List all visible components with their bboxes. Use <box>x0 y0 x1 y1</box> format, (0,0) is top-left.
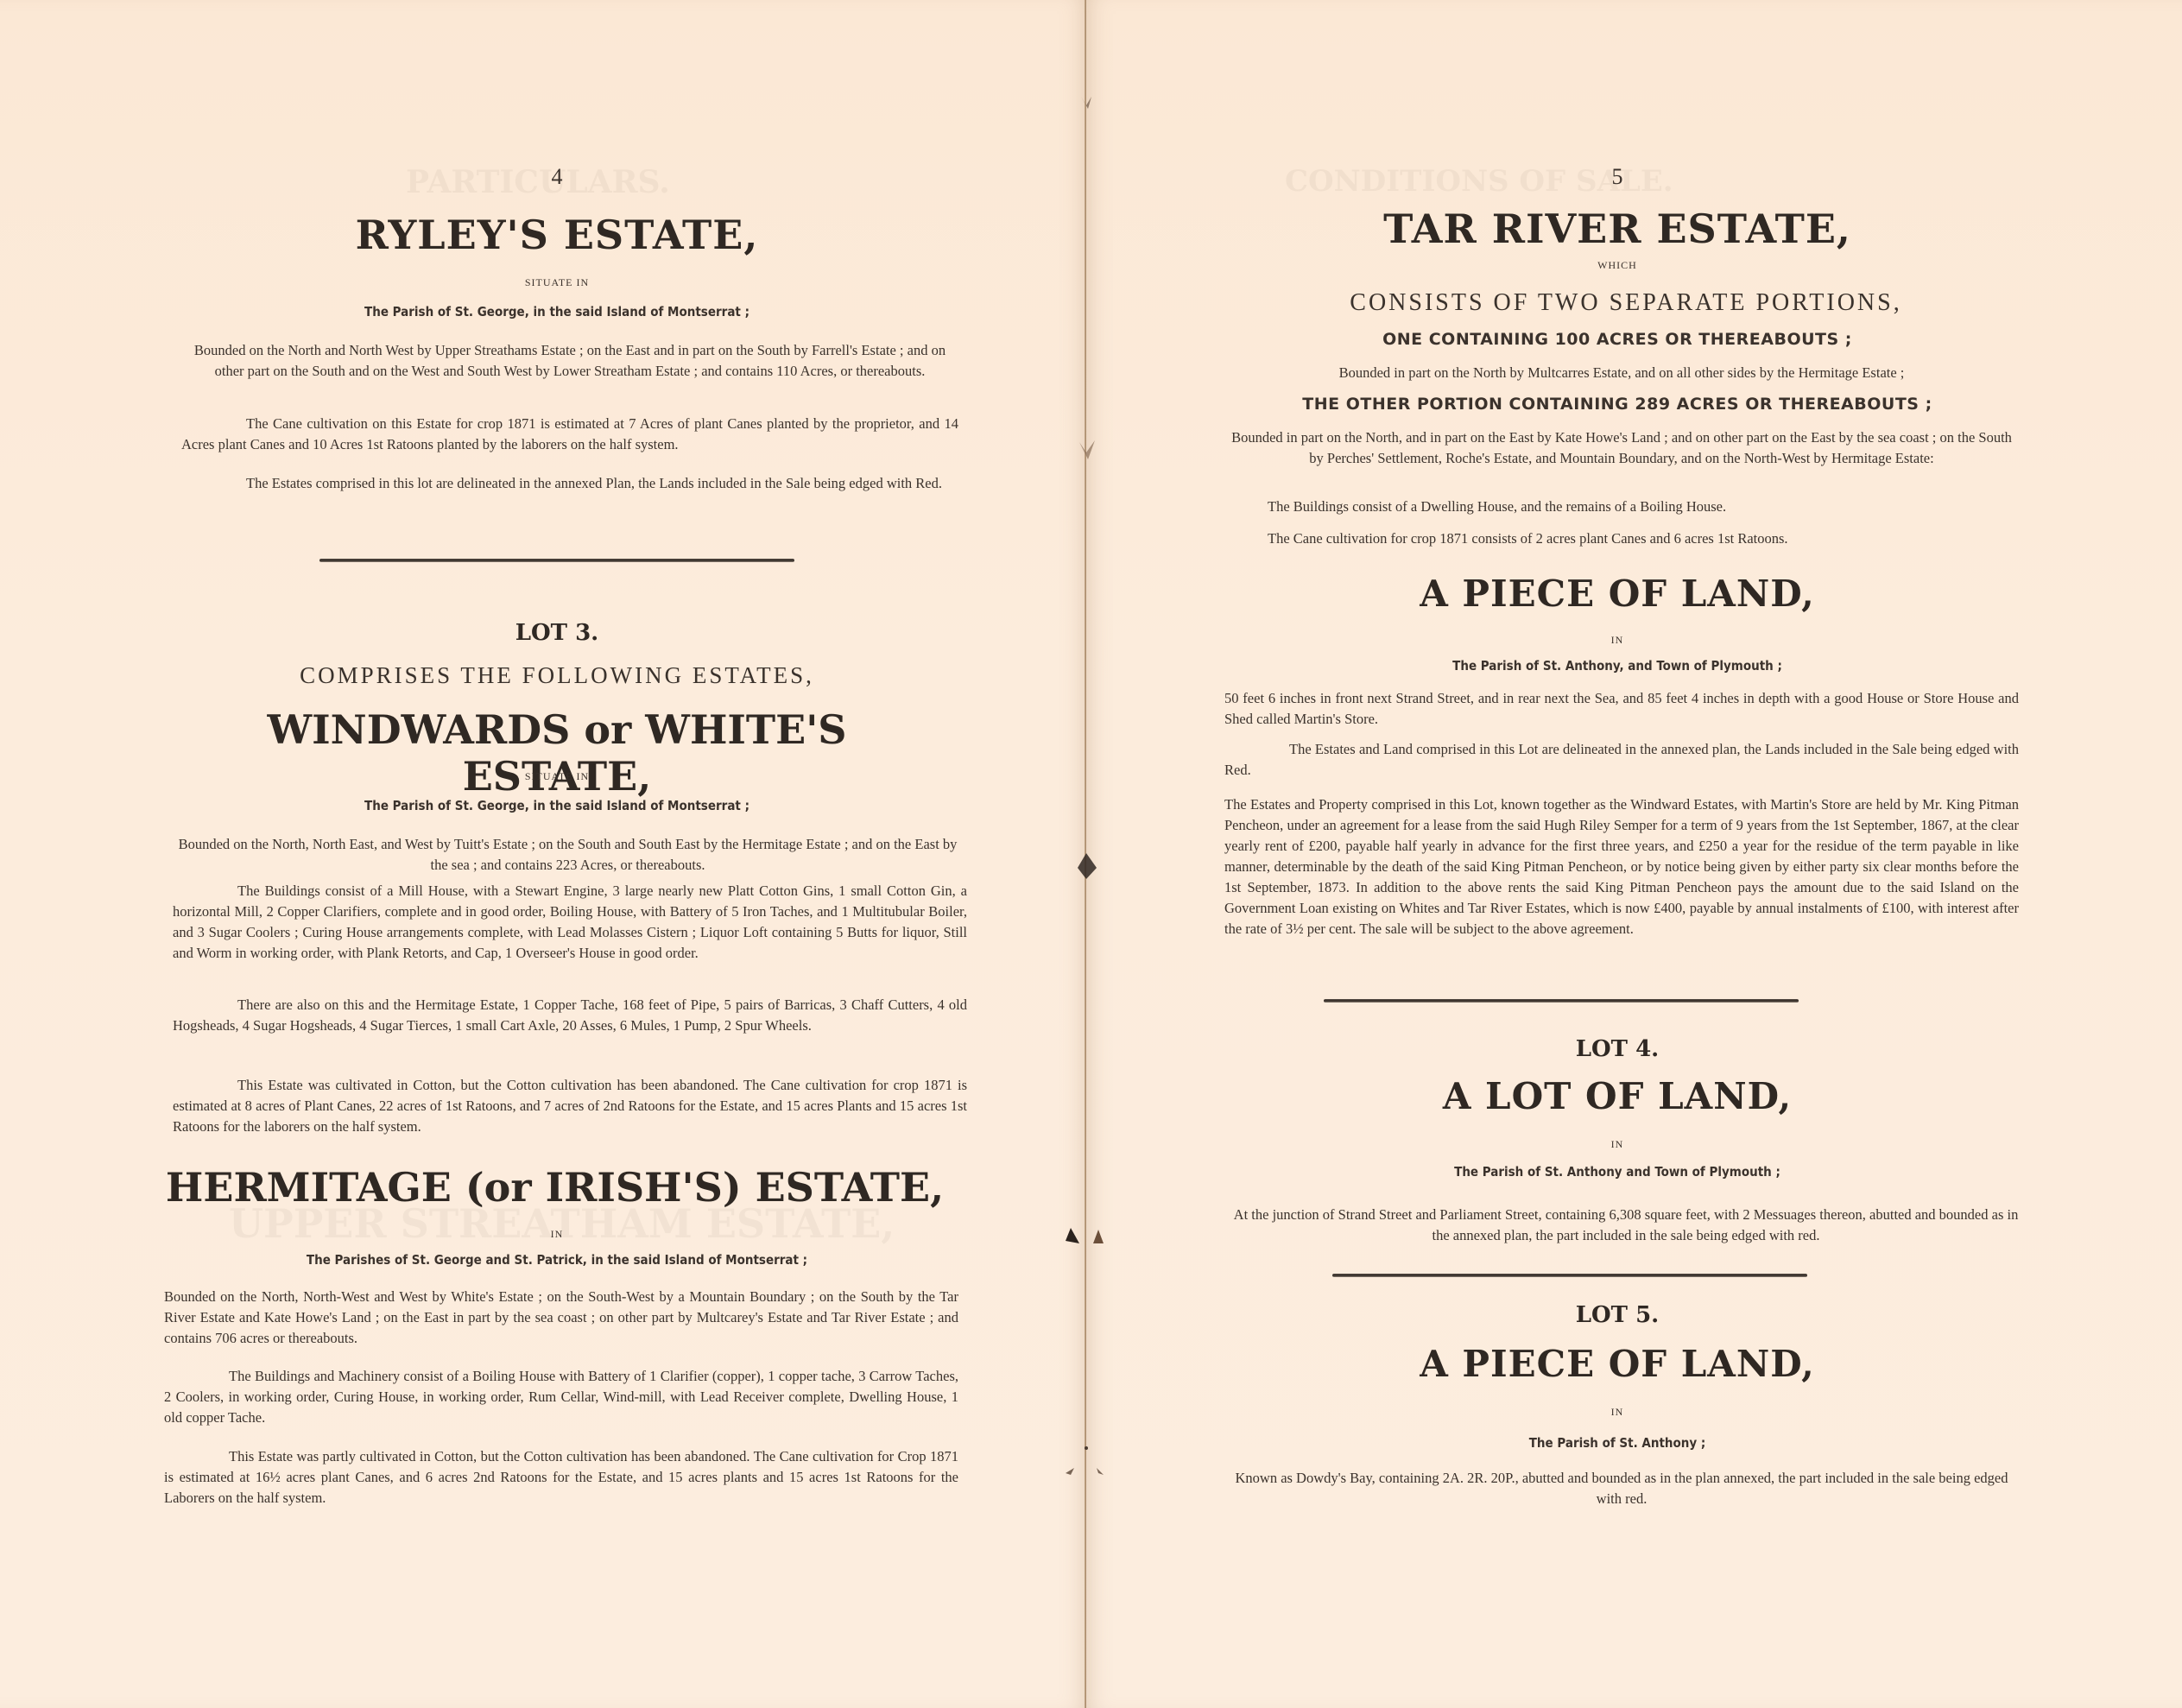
lot-of-land-title: A LOT OF LAND, <box>1242 1075 1993 1117</box>
hermitage-estate-title: HERMITAGE (or IRISH'S) ESTATE, <box>164 1164 946 1211</box>
tar-river-cultivation: The Cane cultivation for crop 1871 consi… <box>1268 528 2019 549</box>
section-divider <box>1324 999 1799 1003</box>
lot-3-heading: LOT 3. <box>177 620 937 646</box>
lot-4-heading: LOT 4. <box>1242 1036 1993 1062</box>
portion-1-bounds: Bounded in part on the North by Multcarr… <box>1224 363 2019 383</box>
ryleys-cultivation: The Cane cultivation on this Estate for … <box>181 414 958 455</box>
tar-river-subtitle: CONSISTS OF TWO SEPARATE PORTIONS, <box>1233 289 2019 317</box>
page-number: 5 <box>1242 164 1993 190</box>
tar-river-estate-title: TAR RIVER ESTATE, <box>1242 206 1993 252</box>
tar-river-buildings: The Buildings consist of a Dwelling Hous… <box>1268 497 2019 517</box>
situate-label: SITUATE IN <box>177 276 937 289</box>
portion-1-heading: ONE CONTAINING 100 ACRES OR THEREABOUTS … <box>1242 330 1993 349</box>
ryleys-parish: The Parish of St. George, in the said Is… <box>177 304 937 319</box>
piece-of-land-parish: The Parish of St. Anthony, and Town of P… <box>1242 658 1993 674</box>
section-divider <box>1332 1274 1807 1277</box>
portion-2-bounds: Bounded in part on the North, and in par… <box>1224 427 2019 469</box>
situate-label: SITUATE IN <box>177 770 937 783</box>
windwards-stock: There are also on this and the Hermitage… <box>173 995 967 1036</box>
page-number: 4 <box>177 164 937 190</box>
section-divider <box>319 559 794 562</box>
ryleys-plan-note: The Estates comprised in this lot are de… <box>181 473 958 494</box>
lot-5-parish: The Parish of St. Anthony ; <box>1242 1435 1993 1451</box>
ryleys-bounds: Bounded on the North and North West by U… <box>181 340 958 382</box>
lot-4-description: At the junction of Strand Street and Par… <box>1233 1205 2019 1246</box>
hermitage-bounds: Bounded on the North, North-West and Wes… <box>164 1287 958 1349</box>
piece-of-land-title: A PIECE OF LAND, <box>1242 572 1993 615</box>
windwards-cultivation: This Estate was cultivated in Cotton, bu… <box>173 1075 967 1137</box>
in-label: IN <box>1242 1406 1993 1419</box>
left-page: PARTICULARS. 4 RYLEY'S ESTATE, SITUATE I… <box>0 0 1086 1708</box>
lease-agreement-note: The Estates and Property comprised in th… <box>1224 794 2019 939</box>
piece-of-land-description: 50 feet 6 inches in front next Strand St… <box>1224 688 2019 730</box>
in-label: IN <box>1242 1138 1993 1151</box>
lot-5-heading: LOT 5. <box>1242 1302 1993 1328</box>
lot-4-parish: The Parish of St. Anthony and Town of Pl… <box>1242 1164 1993 1180</box>
portion-2-heading: THE OTHER PORTION CONTAINING 289 ACRES O… <box>1242 395 1993 414</box>
hermitage-parish: The Parishes of St. George and St. Patri… <box>177 1252 937 1268</box>
lot-3-subheading: COMPRISES THE FOLLOWING ESTATES, <box>177 662 937 689</box>
in-label: IN <box>177 1228 937 1241</box>
piece-of-land-plan-note: The Estates and Land comprised in this L… <box>1224 739 2019 781</box>
which-label: WHICH <box>1242 259 1993 272</box>
ryleys-estate-title: RYLEY'S ESTATE, <box>177 212 937 258</box>
hermitage-cultivation: This Estate was partly cultivated in Cot… <box>164 1446 958 1509</box>
right-page: CONDITIONS OF SALE. 5 TAR RIVER ESTATE, … <box>1086 0 2182 1708</box>
piece-of-land-title: A PIECE OF LAND, <box>1242 1343 1993 1385</box>
windwards-estate-title: WINDWARDS or WHITE'S ESTATE, <box>177 706 937 800</box>
windwards-buildings: The Buildings consist of a Mill House, w… <box>173 881 967 964</box>
windwards-bounds: Bounded on the North, North East, and We… <box>173 834 963 876</box>
hermitage-buildings: The Buildings and Machinery consist of a… <box>164 1366 958 1428</box>
fold-damage-marks <box>1062 86 1114 1554</box>
lot-5-description: Known as Dowdy's Bay, containing 2A. 2R.… <box>1224 1468 2019 1509</box>
in-label: IN <box>1242 634 1993 647</box>
windwards-parish: The Parish of St. George, in the said Is… <box>177 798 937 813</box>
